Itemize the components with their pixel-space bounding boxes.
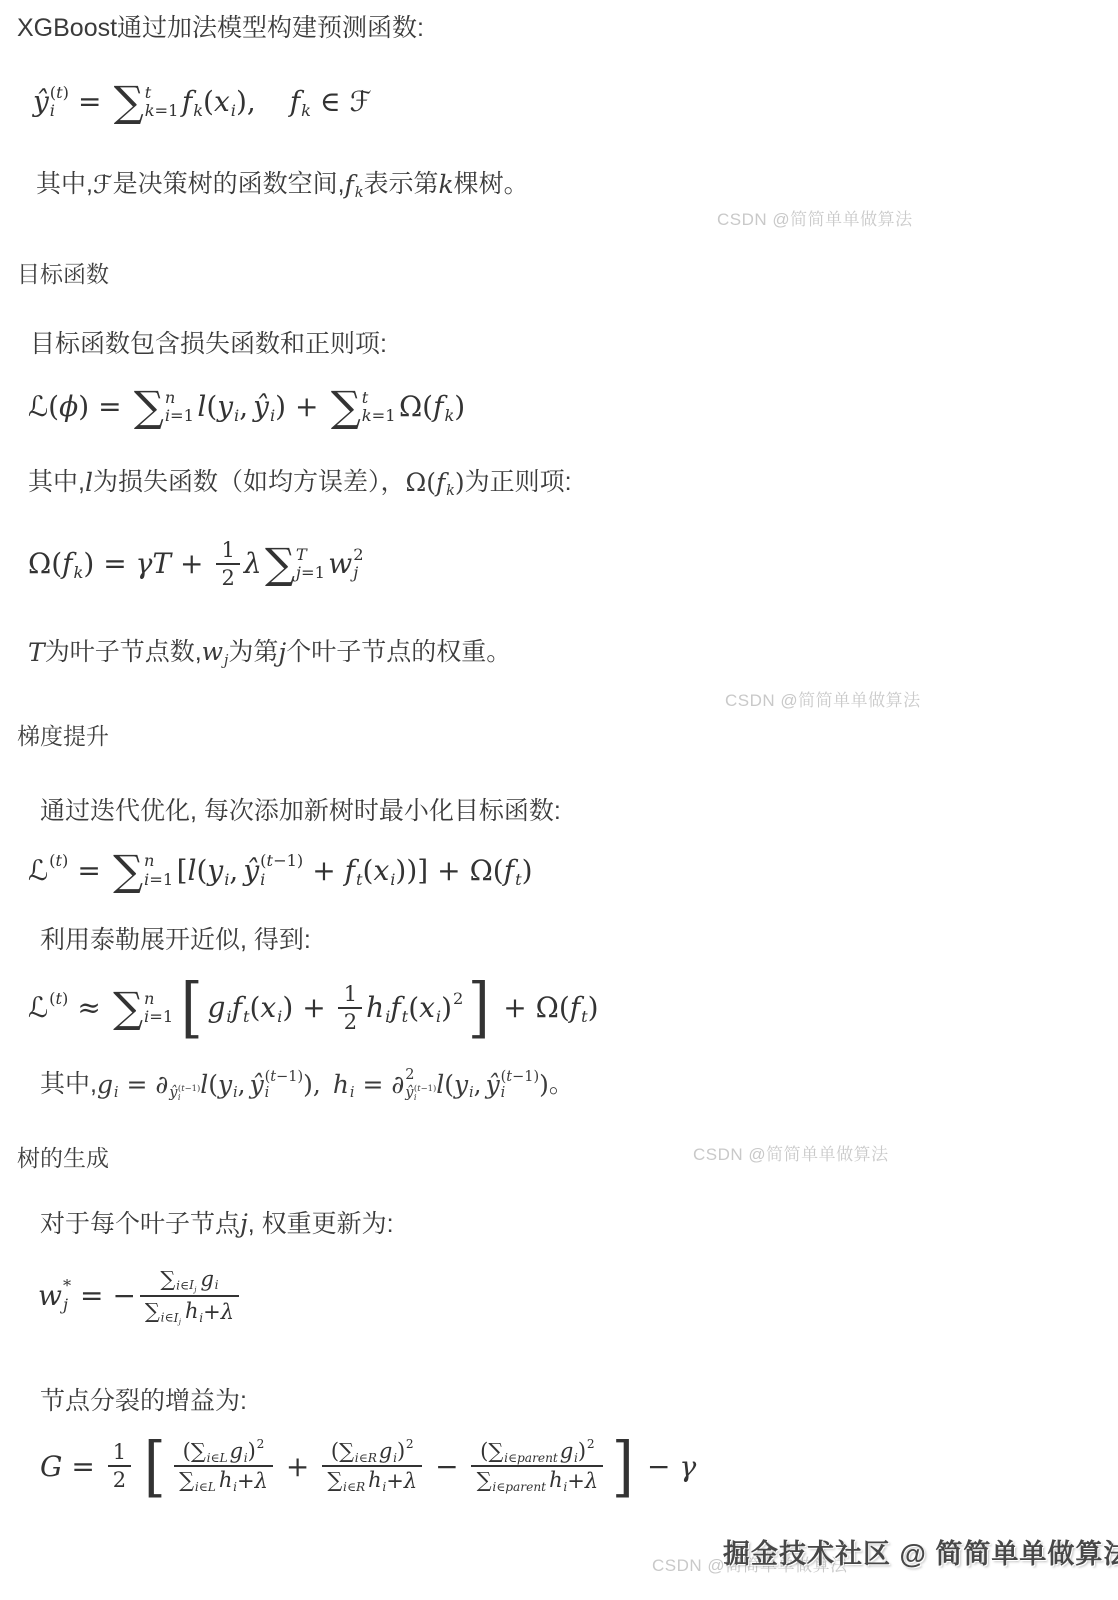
article-page: XGBoost通过加法模型构建预测函数: ŷ(t)i=∑tk=1fk(xi),f… bbox=[0, 0, 1118, 1600]
formula-regularization-term: Ω(fk)=γT+12λ∑Tj=1w2j bbox=[28, 537, 1118, 592]
formula-taylor-approximation: ℒ(t)≈∑ni=1[gift(xi)+12hift(xi)2]+Ω(ft) bbox=[28, 978, 1118, 1037]
formula-iteration-objective: ℒ(t)=∑ni=1[l(yi,ŷ(t−1)i+ft(xi))]+Ω(ft) bbox=[28, 851, 1118, 891]
juejin-community-badge: 掘金技术社区 @ 简简单单做算法 bbox=[723, 1532, 1118, 1571]
csdn-watermark-2: CSDN @简简单单做算法 bbox=[725, 686, 921, 711]
formula-objective-function: ℒ(ϕ)=∑ni=1l(yi,ŷi)+∑tk=1Ω(fk) bbox=[28, 387, 1118, 427]
paragraph-iterative-optimization: 通过迭代优化, 每次添加新树时最小化目标函数: bbox=[40, 795, 1118, 829]
paragraph-objective-intro: 目标函数包含损失函数和正则项: bbox=[30, 328, 1118, 362]
paragraph-intro: XGBoost通过加法模型构建预测函数: bbox=[17, 12, 1118, 46]
heading-tree-generation: 树的生成 bbox=[17, 1144, 1118, 1174]
paragraph-loss-regularization-note: 其中, l为损失函数（如均方误差），Ω(fk)为正则项: bbox=[28, 466, 1118, 501]
csdn-watermark-1: CSDN @简简单单做算法 bbox=[717, 205, 913, 230]
heading-objective-function: 目标函数 bbox=[17, 260, 1118, 290]
paragraph-leaf-weight-update: 对于每个叶子节点j, 权重更新为: bbox=[40, 1207, 1118, 1242]
heading-gradient-boosting: 梯度提升 bbox=[17, 722, 1118, 752]
paragraph-split-gain-intro: 节点分裂的增益为: bbox=[40, 1385, 1118, 1419]
paragraph-function-space-note: 其中, ℱ是决策树的函数空间, fk表示第k棵树。 bbox=[36, 168, 1118, 203]
paragraph-leaf-weight-note: T为叶子节点数, wj为第j个叶子节点的权重。 bbox=[28, 635, 1118, 670]
formula-optimal-leaf-weight: w*j=−∑i∈Ijgi∑i∈Ijhi+λ bbox=[38, 1264, 1118, 1327]
formula-additive-prediction: ŷ(t)i=∑tk=1fk(xi),fk∈ℱ bbox=[33, 82, 1118, 122]
paragraph-gradient-hessian-note: 其中, gi=∂ŷ(t−1)il(yi,ŷ(t−1)i),hi=∂2ŷ(t−1)… bbox=[40, 1067, 1118, 1102]
csdn-watermark-3: CSDN @简简单单做算法 bbox=[693, 1140, 889, 1165]
formula-split-gain: G=12[(∑i∈Lgi)2∑i∈Lhi+λ+(∑i∈Rgi)2∑i∈Rhi+λ… bbox=[40, 1437, 1118, 1496]
paragraph-taylor-expansion: 利用泰勒展开近似, 得到: bbox=[40, 924, 1118, 958]
